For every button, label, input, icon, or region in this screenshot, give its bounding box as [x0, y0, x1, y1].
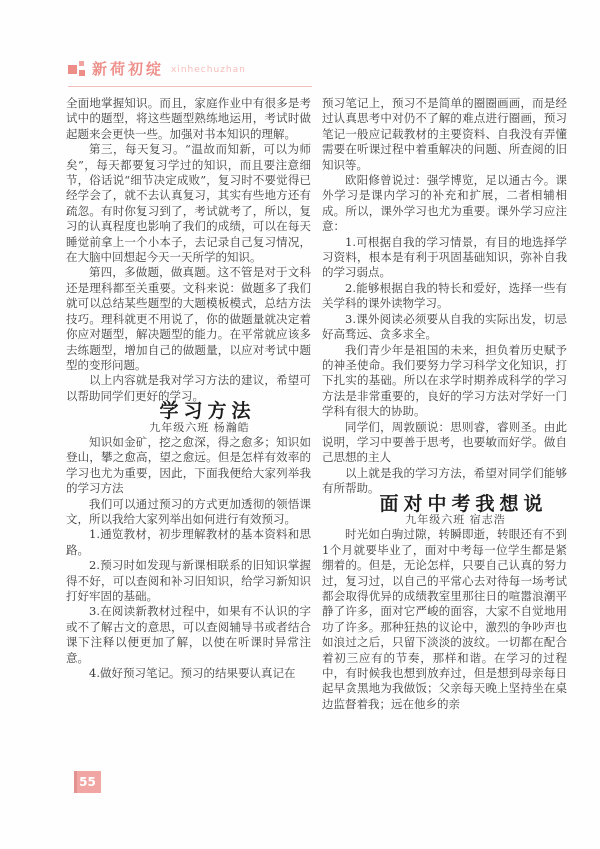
magazine-logo: 新荷初绽 xinhechuzhan [68, 58, 312, 87]
body-paragraph: 欧阳修曾说过：强学博览，足以通古今。课外学习是课内学习的补充和扩展，二者相辅相成… [322, 173, 567, 235]
body-paragraph: 4.做好预习笔记。预习的结果要认真记在 [66, 666, 311, 681]
body-paragraph: 3.在阅读新教材过程中，如果有不认识的字或不了解古文的意思，可以查阅辅导书或者结… [66, 604, 311, 666]
squares-logo-icon [68, 61, 85, 77]
body-paragraph: 我们青少年是祖国的未来，担负着历史赋予的神圣使命。我们要努力学习科学文化知识，打… [322, 343, 567, 420]
body-paragraph: 我们可以通过预习的方式更加透彻的领悟课文，所以我给大家列举出如何进行有效预习。 [66, 497, 311, 528]
left-column: 全面地掌握知识。而且，家庭作业中有很多是考试中的题型，将这些题型熟练地运用，考试… [66, 96, 311, 681]
body-paragraph: 以上就是我的学习方法，希望对同学们能够有所帮助。 [322, 466, 567, 497]
body-paragraph: 第四，多做题，做真题。这不管是对于文科还是理科都至关重要。文科来说：做题多了我们… [66, 265, 311, 373]
body-paragraph: 知识如金矿，挖之愈深，得之愈多；知识如登山，攀之愈高，望之愈远。但是怎样有效率的… [66, 435, 311, 497]
article-title: 学习方法 [66, 404, 311, 419]
logo-title: 新荷初绽 [92, 58, 164, 79]
body-paragraph: 2.能够根据自我的特长和爱好，选择一些有关学科的课外读物学习。 [322, 281, 567, 312]
page-header: 新荷初绽 xinhechuzhan [68, 58, 312, 87]
body-paragraph: 3.课外阅读必须要从自我的实际出发，切忌好高骛远、贪多求全。 [322, 312, 567, 343]
body-paragraph: 预习笔记上，预习不是简单的圈圈画画，而是经过认真思考中对仍不了解的难点进行圈画，… [322, 96, 567, 173]
right-column: 预习笔记上，预习不是简单的圈圈画画，而是经过认真思考中对仍不了解的难点进行圈画，… [322, 96, 567, 712]
article-author: 九年级六班 杨瀚皓 [66, 420, 311, 435]
body-paragraph: 1.可根据自我的学习情景，有目的地选择学习资料，根本是有利于巩固基础知识，弥补自… [322, 235, 567, 281]
logo-subtitle: xinhechuzhan [171, 62, 246, 75]
body-paragraph: 同学们，周敦颐说：思则睿，睿则圣。由此说明，学习中要善于思考，也要敏而好学。做自… [322, 420, 567, 466]
magazine-page: 新荷初绽 xinhechuzhan 全面地掌握知识。而且，家庭作业中有很多是考试… [0, 0, 600, 849]
body-paragraph: 第三，每天复习。“温故而知新，可以为师矣”，每天都要复习学过的知识，而且要注意细… [66, 142, 311, 265]
body-paragraph: 时光如白驹过隙，转瞬即逝，转眼还有不到1个月就要毕业了，面对中考每一位学生都是紧… [322, 527, 567, 712]
page-number-badge: 55 [74, 771, 101, 793]
body-paragraph: 全面地掌握知识。而且，家庭作业中有很多是考试中的题型，将这些题型熟练地运用，考试… [66, 96, 311, 142]
body-paragraph: 2.预习时如发现与新课相联系的旧知识掌握得不好，可以查阅和补习旧知识，给学习新知… [66, 558, 311, 604]
article-title: 面对中考我想说 [322, 497, 567, 512]
body-paragraph: 1.通览教材，初步理解教材的基本资料和思路。 [66, 527, 311, 558]
